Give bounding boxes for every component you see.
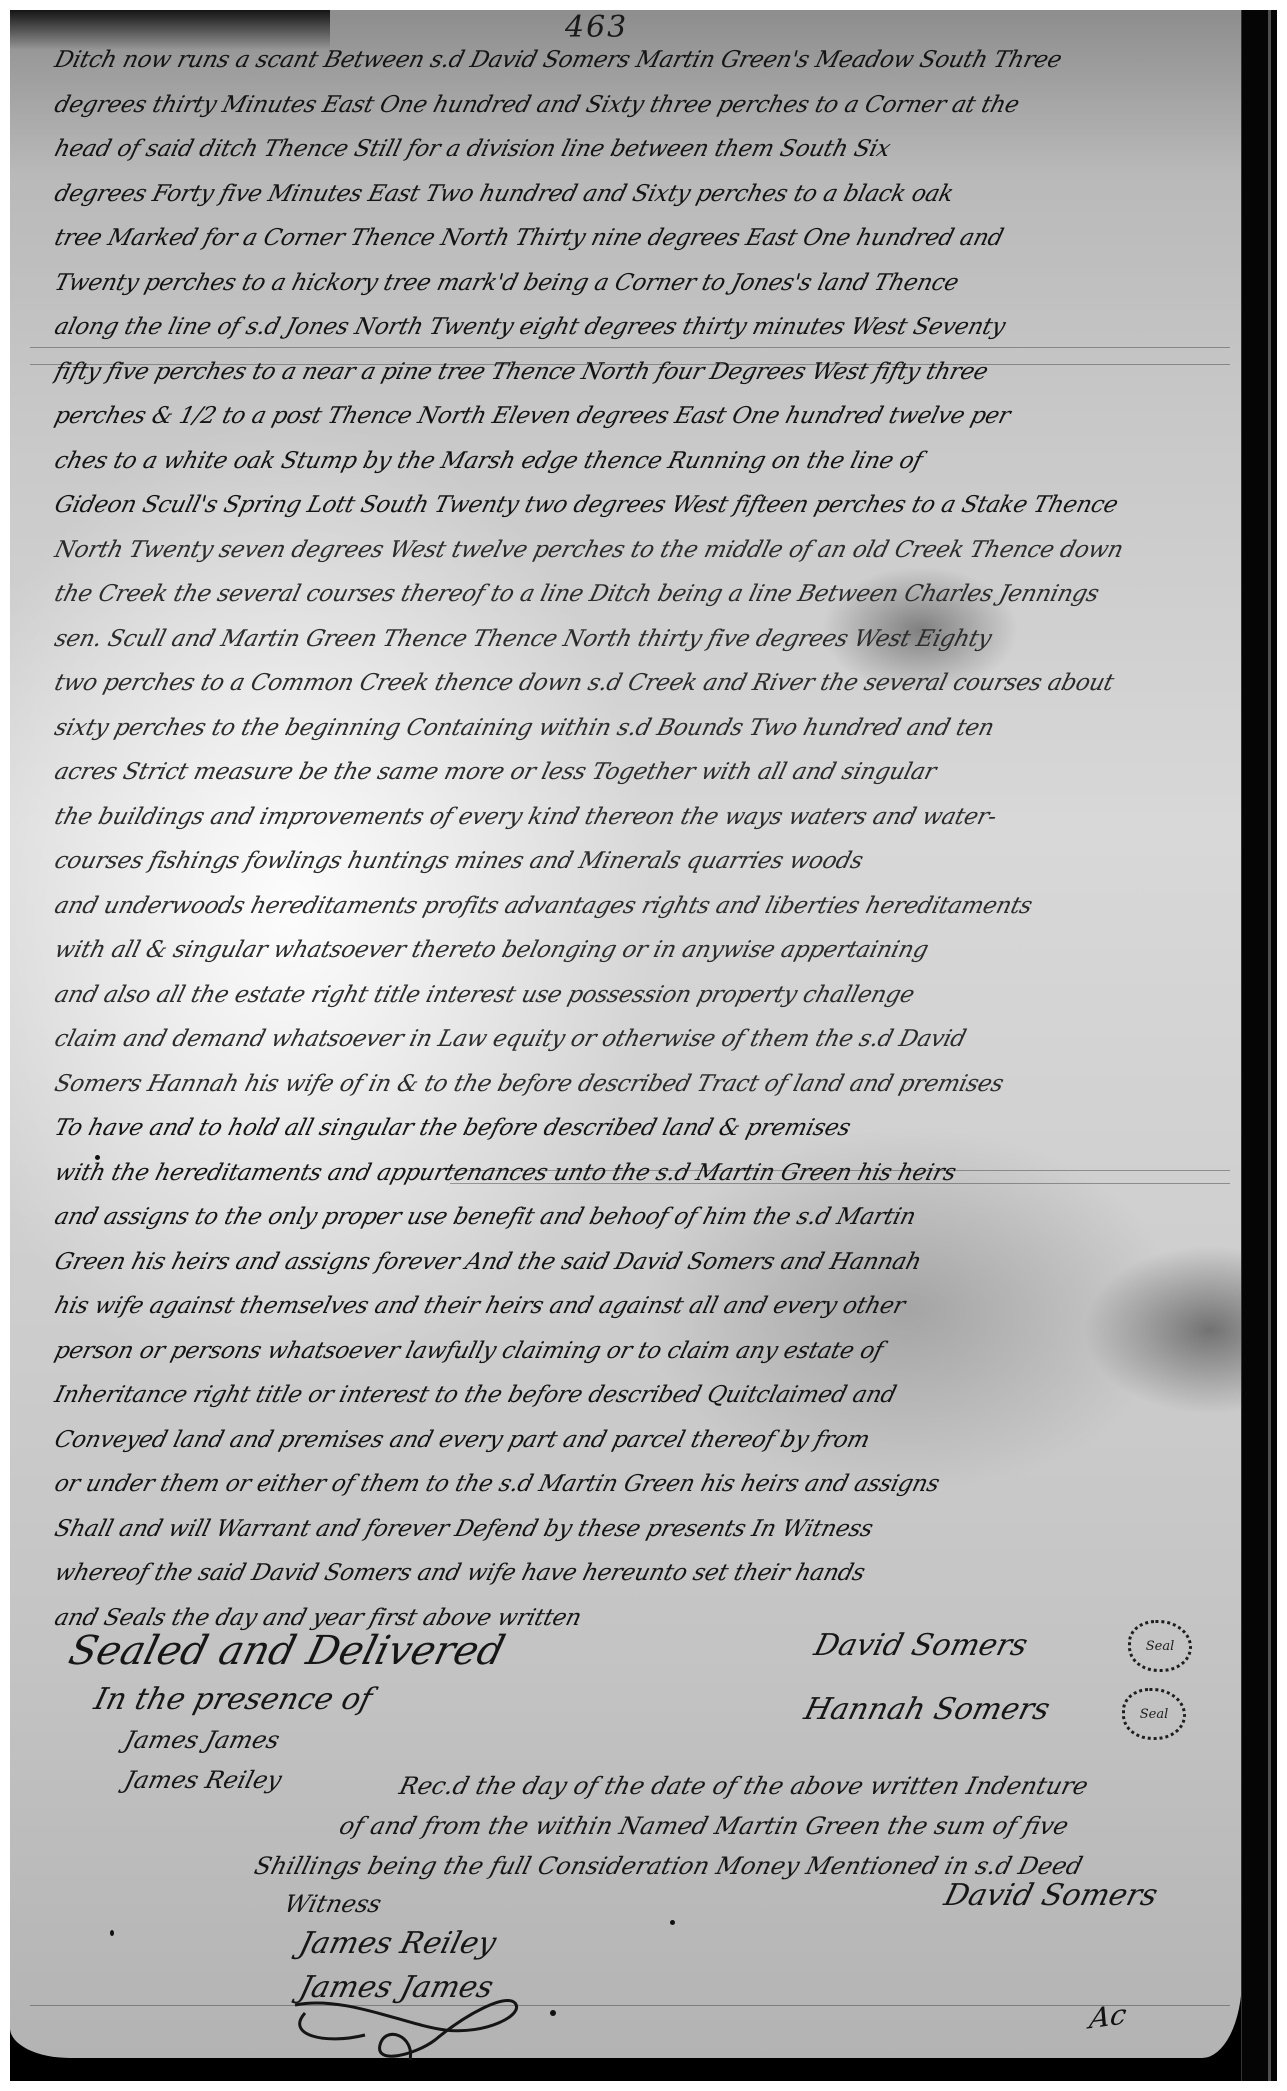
grantor-signature: David Somers bbox=[811, 1628, 1032, 1663]
signature-block: Sealed and Delivered In the presence of … bbox=[10, 10, 1242, 2058]
attestation-heading: Sealed and Delivered bbox=[64, 1628, 509, 1674]
receipt-line: Shillings being the full Consideration M… bbox=[252, 1852, 1086, 1880]
ink-speck bbox=[550, 2010, 556, 2016]
binding-edge bbox=[1241, 10, 1277, 2081]
receipt-line: of and from the within Named Martin Gree… bbox=[337, 1812, 1072, 1840]
corner-mark: Ac bbox=[1088, 1998, 1128, 2036]
receipt-signer: David Somers bbox=[941, 1878, 1162, 1913]
seal-label: Seal bbox=[1140, 1707, 1169, 1722]
attesting-witness: James James bbox=[122, 1726, 283, 1754]
attesting-witness: James Reiley bbox=[122, 1766, 285, 1794]
scanned-page: 463 Ditch now runs a scant Between s.d D… bbox=[10, 10, 1277, 2081]
seal-icon: Seal bbox=[1122, 1688, 1186, 1740]
receipt-witness-label: Witness bbox=[282, 1890, 385, 1918]
seal-label: Seal bbox=[1146, 1639, 1175, 1654]
seal-icon: Seal bbox=[1128, 1620, 1192, 1672]
flourish-icon bbox=[285, 1995, 545, 2075]
paper-sheet: 463 Ditch now runs a scant Between s.d D… bbox=[10, 10, 1242, 2058]
attestation-subheading: In the presence of bbox=[91, 1682, 376, 1717]
ink-speck bbox=[110, 1930, 114, 1936]
receipt-line: Rec.d the day of the date of the above w… bbox=[397, 1772, 1092, 1800]
ink-speck bbox=[670, 1920, 675, 1925]
ink-speck bbox=[95, 1155, 100, 1160]
receipt-witness: James Reiley bbox=[296, 1926, 500, 1961]
grantor-signature: Hannah Somers bbox=[801, 1692, 1054, 1727]
